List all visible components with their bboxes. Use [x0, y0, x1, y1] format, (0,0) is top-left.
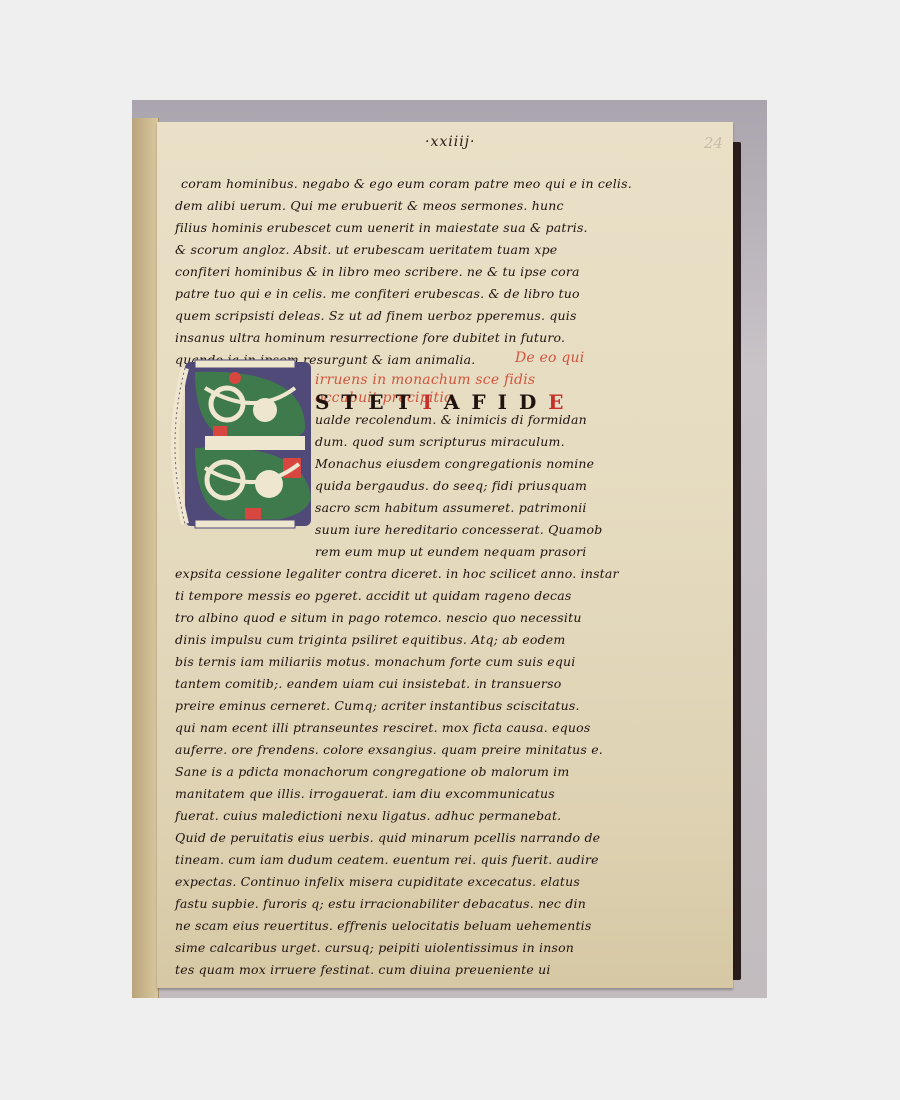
text-line: dum. quod sum scripturus miraculum. [315, 434, 565, 449]
text-line: filius hominis erubescet cum uenerit in … [175, 220, 588, 235]
pencil-page-number: 24 [704, 134, 723, 152]
heading-letter: F [471, 390, 497, 414]
text-line: Quid de peruitatis eius uerbis. quid min… [175, 830, 600, 845]
rubric-title: De eo qui [515, 350, 584, 366]
text-line: sime calcaribus urget. cursuq; peipiti u… [175, 940, 574, 955]
text-line: suum iure hereditario concesserat. Quamo… [315, 522, 602, 537]
text-line: tro albino quod e situm in pago rotemco.… [175, 610, 582, 625]
text-line: ne scam eius reuertitus. effrenis ueloci… [175, 918, 591, 933]
text-line: quem scripsisti deleas. Sz ut ad finem u… [175, 308, 577, 323]
heading-letter: S [315, 390, 341, 414]
text-line: fuerat. cuius maledictioni nexu ligatus.… [175, 808, 561, 823]
text-line: tantem comitib;. eandem uiam cui insiste… [175, 676, 561, 691]
manuscript-page: ·xxiiij· 24 coram hominibus. negabo & eg… [157, 122, 733, 988]
left-page-edge [132, 118, 159, 998]
text-line: bis ternis iam miliariis motus. monachum… [175, 654, 575, 669]
heading-letter: T [341, 390, 368, 414]
heading-letter: I [498, 390, 519, 414]
illuminated-initial-icon [165, 358, 315, 530]
text-line: tes quam mox irruere festinat. cum diuin… [175, 962, 551, 977]
text-line: tineam. cum iam dudum ceatem. euentum re… [175, 852, 599, 867]
text-line: auferre. ore frendens. colore exsangius.… [175, 742, 603, 757]
heading-letter: A [444, 390, 472, 414]
text-line: rem eum mup ut eundem nequam prasori [315, 544, 586, 559]
text-line: coram hominibus. negabo & ego eum coram … [181, 176, 632, 191]
text-line: confiteri hominibus & in libro meo scrib… [175, 264, 580, 279]
text-line: expectas. Continuo infelix misera cupidi… [175, 874, 580, 889]
text-line: dinis impulsu cum triginta psiliret equi… [175, 632, 565, 647]
text-line: sacro scm habitum assumeret. patrimonii [315, 500, 587, 515]
text-line: manitatem que illis. irrogauerat. iam di… [175, 786, 555, 801]
heading-letter: I [422, 390, 443, 414]
heading-letter: D [519, 390, 548, 414]
text-line: ualde recolendum. & inimicis di formidan [315, 412, 587, 427]
text-line: qui nam ecent illi ptranseuntes resciret… [175, 720, 591, 735]
text-line: ti tempore messis eo pgeret. accidit ut … [175, 588, 572, 603]
section-heading: STETIAFIDE [315, 390, 576, 414]
text-line: preire eminus cerneret. Cumq; acriter in… [175, 698, 580, 713]
text-line: dem alibi uerum. Qui me erubuerit & meos… [175, 198, 564, 213]
rubric-title: irruens in monachum sce fidis [315, 372, 535, 388]
text-line: expsita cessione legaliter contra dicere… [175, 566, 619, 581]
heading-letter: E [548, 390, 575, 414]
text-line: patre tuo qui e in celis. me confiteri e… [175, 286, 580, 301]
text-line: & scorum angloz. Absit. ut erubescam uer… [175, 242, 557, 257]
folio-number: ·xxiiij· [425, 134, 475, 150]
text-line: quida bergaudus. do seeq; fidi priusquam [315, 478, 587, 493]
text-line: Monachus eiusdem congregationis nomine [315, 456, 594, 471]
text-line: fastu supbie. furoris q; estu irracionab… [175, 896, 586, 911]
heading-letter: T [396, 390, 423, 414]
heading-letter: E [368, 390, 395, 414]
text-line: insanus ultra hominum resurrectione fore… [175, 330, 565, 345]
text-line: Sane is a pdicta monachorum congregation… [175, 764, 569, 779]
